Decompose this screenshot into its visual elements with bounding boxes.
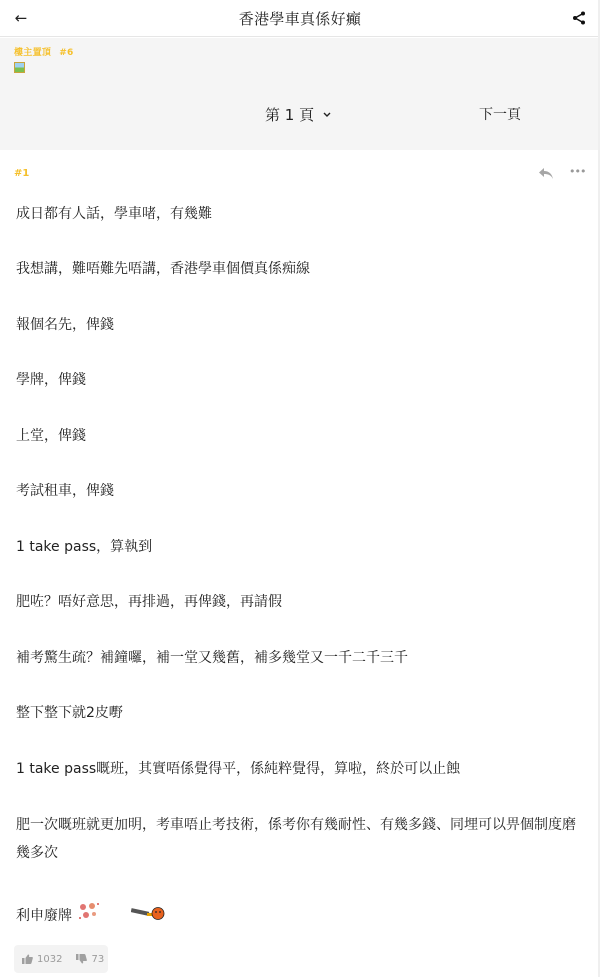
pinned-section: 樓主置頂#6 第 1 頁 下一頁 xyxy=(0,38,600,150)
post-paragraph: 報個名先，俾錢 xyxy=(16,311,114,339)
like-button[interactable]: 1032 xyxy=(22,954,62,965)
post-paragraph: 上堂，俾錢 xyxy=(16,422,86,450)
post-paragraph: 1 take pass嘅班，其實唔係覺得平，係純粹覺得，算啦，終於可以止蝕 xyxy=(16,755,460,783)
sticker-gun-fire-icon xyxy=(131,906,165,920)
post-paragraph: 我想講，難唔難先唔講，香港學車個價真係痴線 xyxy=(16,255,310,283)
post-paragraph: 補考驚生疏？補鐘囉，補一堂又幾舊，補多幾堂又一千二千三千 xyxy=(16,644,408,672)
like-count: 1032 xyxy=(37,954,62,965)
page-select-dropdown[interactable]: 第 1 頁 xyxy=(265,104,332,125)
pinned-floor: #6 xyxy=(59,48,73,58)
next-page-button[interactable]: 下一頁 xyxy=(479,104,521,124)
thread-title: 香港學車真係好癲 xyxy=(239,8,361,29)
thumbs-up-icon xyxy=(22,954,33,964)
more-options-button[interactable]: ••• xyxy=(569,165,583,179)
more-icon: ••• xyxy=(569,165,585,178)
vote-bar: 1032 73 xyxy=(14,945,108,973)
broken-image-icon[interactable] xyxy=(14,62,25,73)
sticker-angry-red-icon xyxy=(78,902,100,922)
post-paragraph: 學牌，俾錢 xyxy=(16,366,86,394)
chevron-down-icon xyxy=(322,110,332,120)
current-page-label: 第 1 頁 xyxy=(265,104,314,125)
post-paragraph: 成日都有人話，學車啫，有幾難 xyxy=(16,200,212,228)
pager: 第 1 頁 下一頁 xyxy=(0,104,600,128)
top-bar: ← 香港學車真係好癲 xyxy=(0,0,600,37)
reply-icon[interactable] xyxy=(538,166,554,180)
thumbs-down-icon xyxy=(76,954,87,964)
share-icon xyxy=(572,11,586,25)
share-button[interactable] xyxy=(568,7,590,29)
post-paragraph: 1 take pass，算執到 xyxy=(16,533,152,561)
dislike-button[interactable]: 73 xyxy=(76,954,104,965)
post-paragraph: 利申廢牌 xyxy=(16,902,72,930)
post-paragraph: 肥一次嘅班就更加明，考車唔止考技術，係考你有幾耐性、有幾多錢、同埋可以畀個制度磨… xyxy=(16,811,588,867)
post-floor-number: #1 xyxy=(14,168,29,179)
dislike-count: 73 xyxy=(91,954,104,965)
post-paragraph: 考試租車，俾錢 xyxy=(16,477,114,505)
pinned-post-link[interactable]: 樓主置頂#6 xyxy=(14,45,74,58)
post-paragraph: 整下整下就2皮嘢 xyxy=(16,699,123,727)
arrow-left-icon: ← xyxy=(15,9,28,27)
post-paragraph: 肥咗？唔好意思，再排過，再俾錢，再請假 xyxy=(16,588,282,616)
pinned-label: 樓主置頂 xyxy=(14,48,51,58)
back-button[interactable]: ← xyxy=(10,7,32,29)
